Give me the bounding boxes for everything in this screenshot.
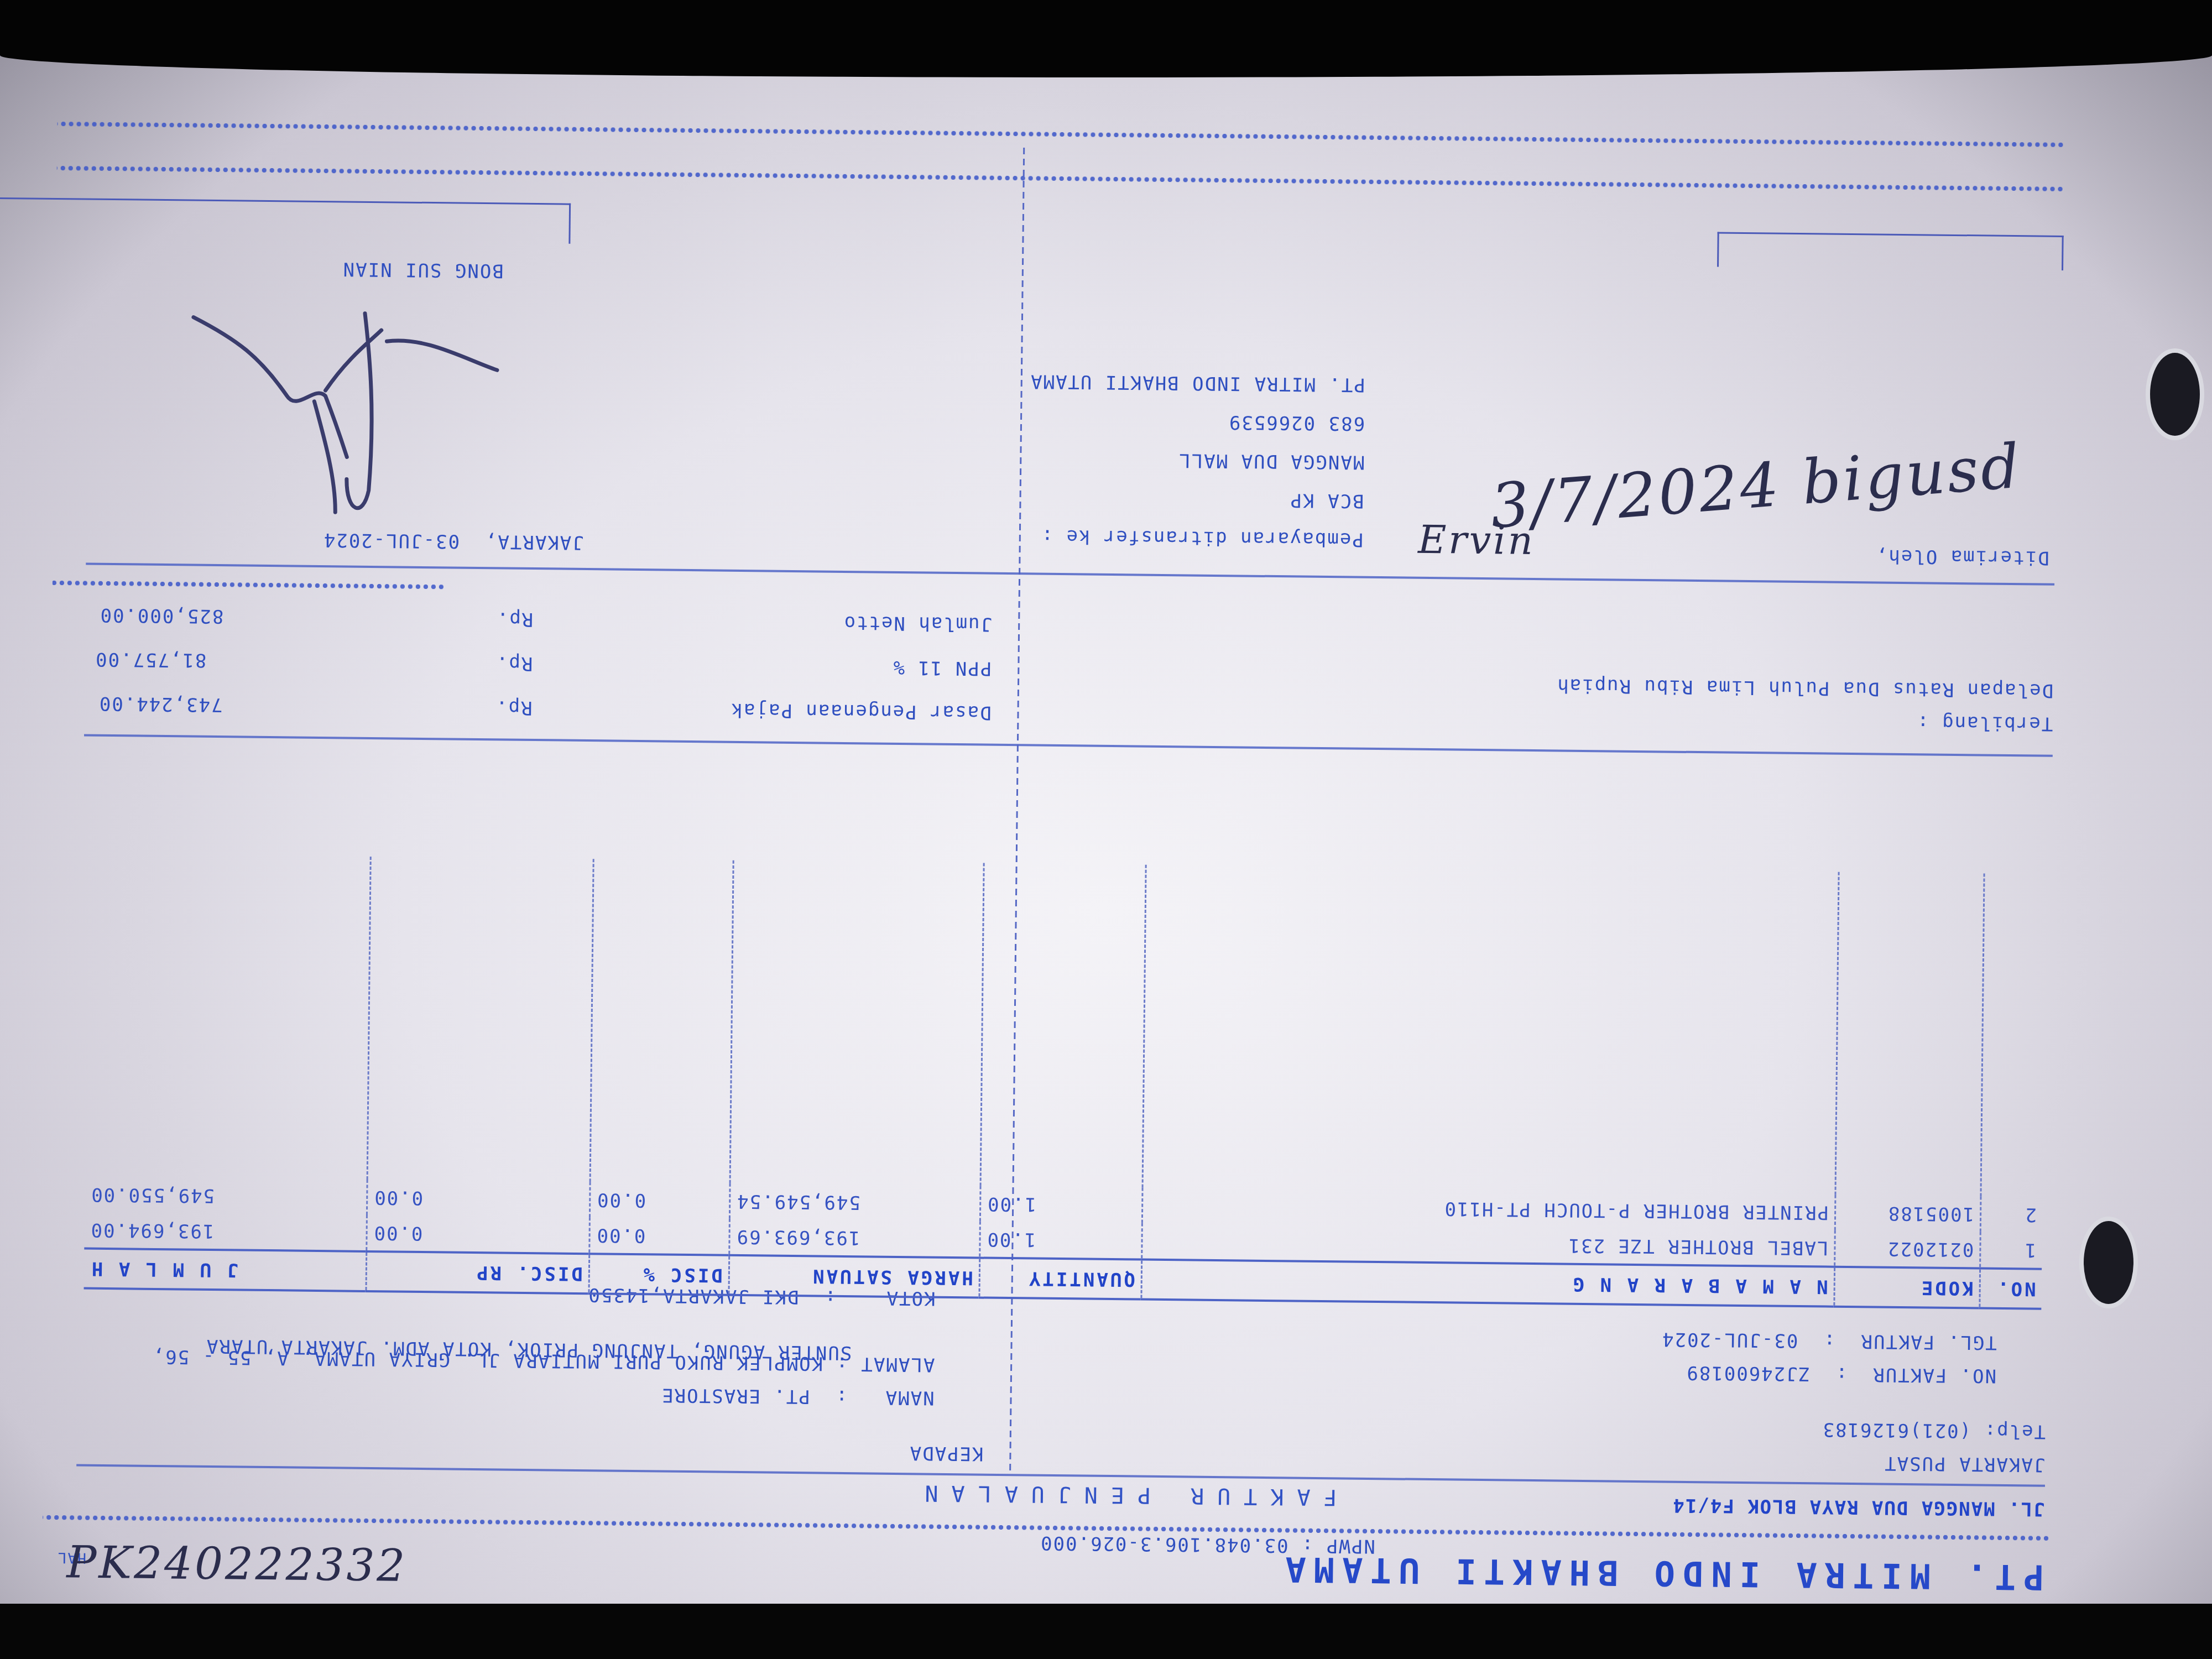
invoice-sheet: PT. MITRA INDO BHAKTI UTAMA NPWP : 03.04…: [9, 72, 2110, 1620]
amount-in-words: Delapan Ratus Dua Puluh Lima Ribu Rupiah: [1556, 674, 2053, 701]
vat-value: 81,757.00: [95, 648, 207, 671]
empty-cell: [1835, 872, 1984, 1197]
cell-disc-pct: 0.00: [589, 1217, 730, 1255]
perforation-dots: [57, 164, 2064, 193]
cell-unit-price: 193,693.69: [729, 1219, 980, 1258]
cell-item-name: LABEL BROTHER TZE 231: [1142, 1223, 1835, 1267]
npwp-value: 03.048.106.3-026.000: [1040, 1532, 1288, 1557]
header-disc-pct: DISC %: [589, 1254, 729, 1295]
cell-quantity: 1.00: [980, 1222, 1142, 1260]
signature-place-date: JAKARTA, 03-JUL-2024: [323, 529, 584, 554]
total-underline-dots: [53, 579, 445, 591]
tax-base-value: 743,244.00: [98, 692, 223, 716]
empty-cell: [590, 859, 733, 1183]
empty-cell: [1981, 874, 2046, 1197]
tax-base-currency: Rp.: [495, 696, 533, 719]
header-unit-price: HARGA SATUAN: [729, 1255, 980, 1298]
amount-in-words-label: Terbilang :: [1916, 711, 2053, 735]
payment-account-no: 683 0266539: [1228, 411, 1365, 435]
cell-code: 0212022: [1835, 1230, 1981, 1269]
empty-cell: [980, 863, 1146, 1188]
handwritten-reference: PK240222332: [66, 1536, 408, 1591]
binder-hole: [2146, 348, 2204, 440]
perforation-dots: [58, 120, 2065, 149]
npwp-separator: :: [1288, 1534, 1326, 1557]
net-total-currency: Rp.: [496, 608, 534, 630]
cell-no: 2: [1980, 1196, 2042, 1232]
cell-item-name: PRINTER BROTHER P-TOUCH PT-H110: [1142, 1188, 1835, 1230]
totals-divider: [84, 734, 2053, 757]
net-total-label: Jumlah Netto: [843, 612, 992, 635]
payment-handwritten-note: Ervin: [1418, 517, 1535, 564]
signature-scribble: [169, 289, 547, 525]
cell-disc-rp: 0.00: [367, 1215, 590, 1254]
header-disc-rp: DISC. RP: [366, 1251, 589, 1293]
net-total-value: 825,000.00: [99, 604, 223, 627]
invoice-date-label: TGL. FAKTUR: [1860, 1330, 1997, 1354]
payment-label: Pembayaran ditransfer ke :: [1040, 525, 1364, 551]
empty-cell: [730, 860, 984, 1186]
header-item-name: N A M A B A R A N G: [1141, 1260, 1835, 1307]
header-quantity: QUANTITY: [979, 1258, 1142, 1300]
empty-cell: [1142, 865, 1839, 1195]
company-address-line1: JL. MANGGA DUA RAYA BLOK F4/14: [1672, 1494, 2044, 1520]
separator: :: [1798, 1329, 1860, 1352]
company-address-line2: JAKARTA PUSAT: [1884, 1452, 2046, 1476]
header-amount: J U M L A H: [84, 1249, 367, 1291]
payment-branch: MANGGA DUA MALL: [1178, 449, 1364, 473]
recipient-heading: KEPADA: [909, 1442, 983, 1464]
header-code: KODE: [1834, 1267, 1980, 1308]
empty-cell: [367, 857, 593, 1182]
empty-cell: [85, 854, 371, 1180]
header-no: NO.: [1980, 1268, 2042, 1308]
signatory-name: BONG SUI NIAN: [342, 258, 504, 281]
cell-quantity: 1.00: [980, 1186, 1142, 1223]
invoice-date: 03-JUL-2024: [1661, 1328, 1798, 1352]
cell-unit-price: 549,549.54: [729, 1183, 980, 1222]
signature-box-bracket: [0, 197, 571, 243]
items-table: NO. KODE N A M A B A R A N G QUANTITY HA…: [84, 854, 2046, 1310]
npwp-label: NPWP: [1326, 1535, 1375, 1557]
cell-disc-pct: 0.00: [589, 1182, 730, 1219]
cell-no: 1: [1980, 1232, 2042, 1269]
cell-amount: 549,550.00: [85, 1177, 367, 1215]
tax-base-label: Dasar Pengenaan Pajak: [730, 699, 991, 724]
table-empty-space: [85, 854, 2046, 1197]
vat-label: PPN 11 %: [892, 656, 992, 680]
payment-bank: BCA KP: [1290, 489, 1364, 512]
cell-amount: 193,694.00: [84, 1212, 367, 1251]
dark-background-top: [0, 0, 2212, 77]
payment-account-name: PT. MITRA INDO BHAKTI UTAMA: [1030, 370, 1365, 395]
vat-currency: Rp.: [495, 652, 533, 675]
receiver-box-bracket: [1717, 232, 2064, 270]
recipient-address-label: ALAMAT: [860, 1353, 935, 1375]
received-by-label: Diterima Oleh,: [1875, 545, 2049, 568]
cell-disc-rp: 0.00: [367, 1180, 590, 1217]
cell-code: 1005188: [1835, 1195, 1981, 1232]
company-phone: Telp: (021)6126183: [1822, 1418, 2046, 1443]
received-by-handwriting: 3/7/2024 bigusd: [1488, 430, 2025, 541]
document-title: FAKTUR PENJUALAN: [911, 1480, 1337, 1510]
